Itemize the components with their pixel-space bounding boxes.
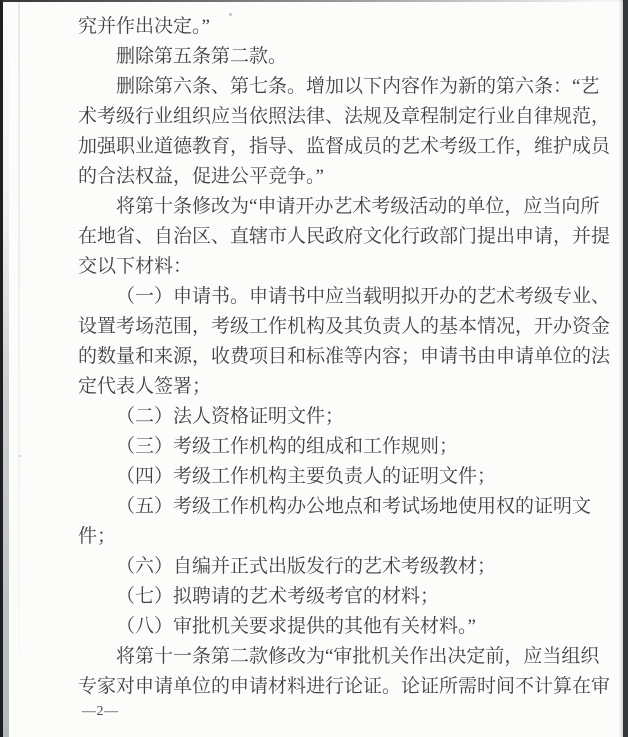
left-scan-edge	[0, 0, 3, 737]
scan-speck	[19, 455, 22, 457]
top-scan-edge	[0, 0, 628, 2]
text-line: （三）考级工作机构的组成和工作规则；	[78, 432, 613, 462]
text-line: 将第十一条第二款修改为“审批机关作出决定前，应当组织	[78, 642, 613, 672]
text-line: 删除第五条第二款。	[78, 42, 613, 72]
text-line: 交以下材料：	[78, 252, 613, 282]
text-line: 定代表人签署；	[78, 372, 613, 402]
text-line: 设置考场范围，考级工作机构及其负责人的基本情况，开办资金	[78, 312, 613, 342]
right-scan-edge	[623, 0, 628, 737]
document-text: 究并作出决定。” 删除第五条第二款。 删除第六条、第七条。增加以下内容作为新的第…	[78, 12, 613, 702]
text-line: 专家对申请单位的申请材料进行论证。论证所需时间不计算在审	[78, 672, 613, 702]
text-line: （六）自编并正式出版发行的艺术考级教材；	[78, 552, 613, 582]
text-line: （七）拟聘请的艺术考级考官的材料；	[78, 582, 613, 612]
text-line: 的数量和来源，收费项目和标准等内容；申请书由申请单位的法	[78, 342, 613, 372]
text-line: 究并作出决定。”	[78, 12, 613, 42]
text-line: 删除第六条、第七条。增加以下内容作为新的第六条：“艺	[78, 72, 613, 102]
text-line: 术考级行业组织应当依照法律、法规及章程制定行业自律规范，	[78, 102, 613, 132]
page-number: —2—	[82, 703, 119, 721]
text-line: （二）法人资格证明文件；	[78, 402, 613, 432]
text-line: （四）考级工作机构主要负责人的证明文件；	[78, 462, 613, 492]
text-line: （八）审批机关要求提供的其他有关材料。”	[78, 612, 613, 642]
text-line: 加强职业道德教育，指导、监督成员的艺术考级工作，维护成员	[78, 132, 613, 162]
text-line: 在地省、自治区、直辖市人民政府文化行政部门提出申请，并提	[78, 222, 613, 252]
left-scan-shadow	[3, 0, 9, 737]
text-line: 的合法权益，促进公平竞争。”	[78, 162, 613, 192]
text-line: （五）考级工作机构办公地点和考试场地使用权的证明文	[78, 492, 613, 522]
scanned-page: 究并作出决定。” 删除第五条第二款。 删除第六条、第七条。增加以下内容作为新的第…	[0, 0, 628, 737]
paper-crease-line	[18, 0, 20, 655]
text-line: （一）申请书。申请书中应当载明拟开办的艺术考级专业、	[78, 282, 613, 312]
text-line: 将第十条修改为“申请开办艺术考级活动的单位，应当向所	[78, 192, 613, 222]
text-line: 件；	[78, 522, 613, 552]
